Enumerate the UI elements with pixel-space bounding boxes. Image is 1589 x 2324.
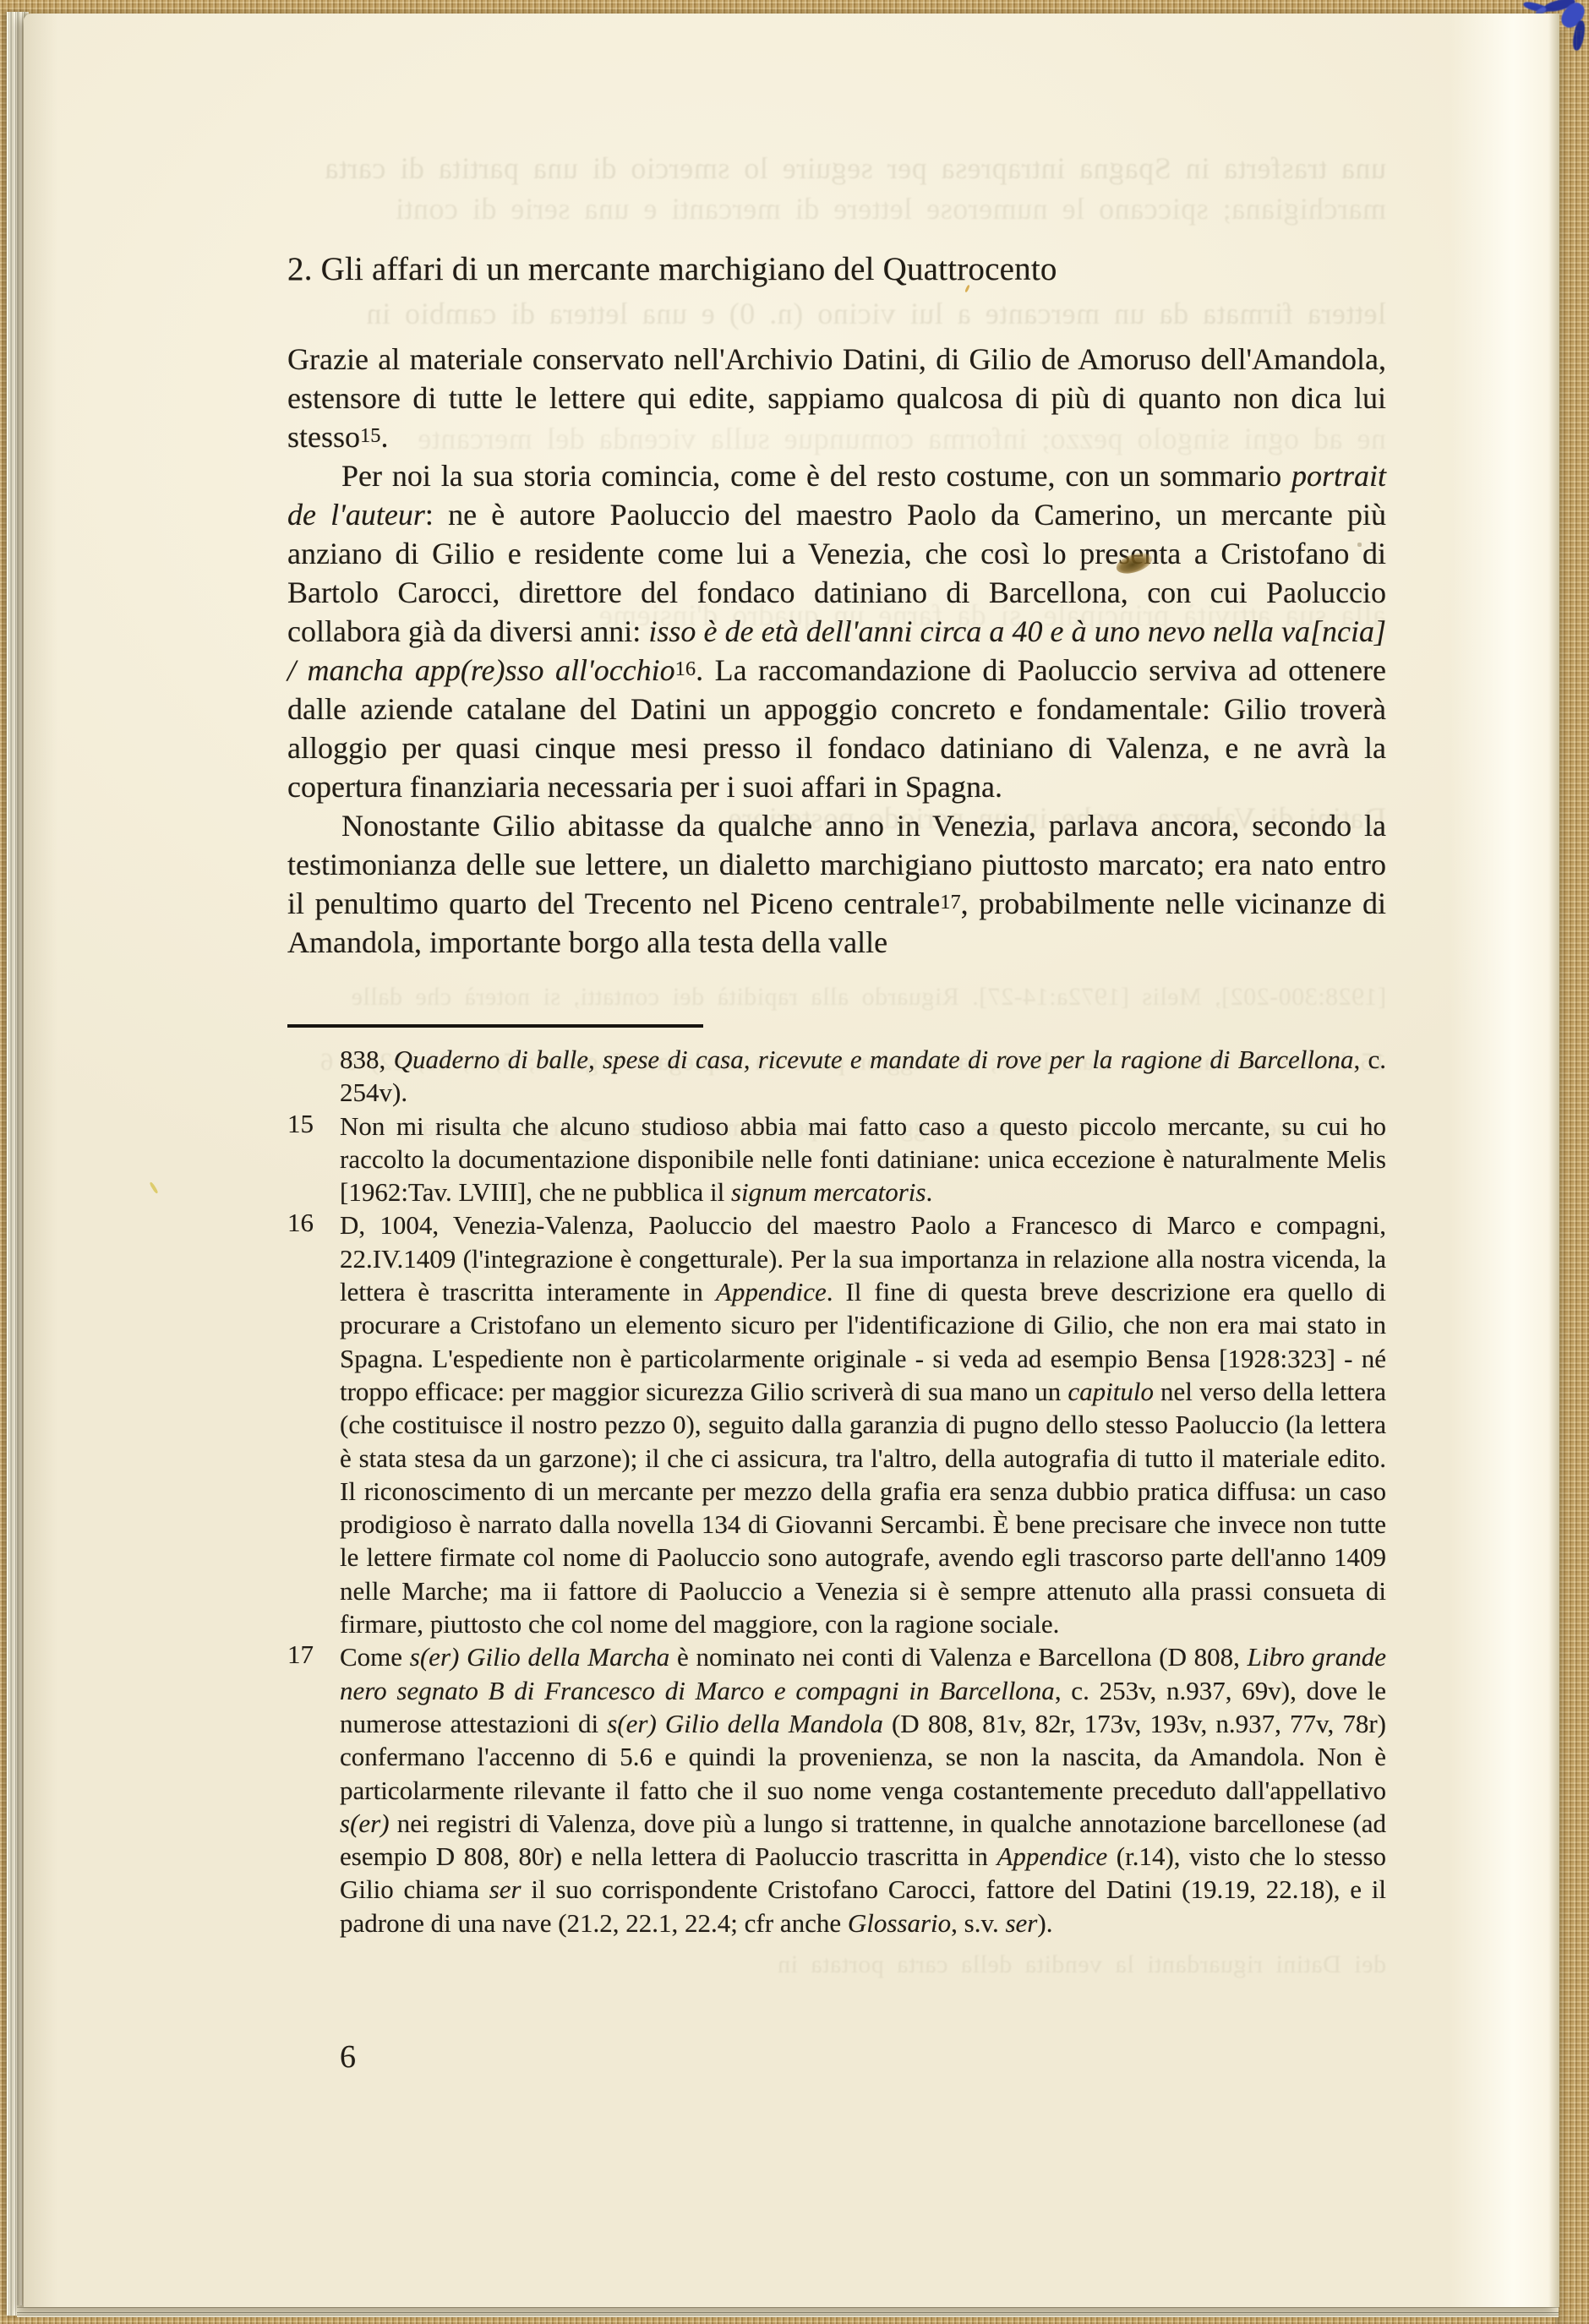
text-run: Per noi la sua storia comincia, come è d… xyxy=(341,459,1291,493)
footnote: 16D, 1004, Venezia-Valenza, Paoluccio de… xyxy=(340,1208,1386,1640)
bleedthrough-line: una trasferta in Spagna intrapresa per s… xyxy=(262,150,1386,186)
footnote-block: 838, Quaderno di balle, spese di casa, r… xyxy=(340,1043,1386,1939)
paper-speck xyxy=(1357,543,1362,547)
section-heading: 2. Gli affari di un mercante marchigiano… xyxy=(287,250,1386,289)
paper-speck xyxy=(149,1181,158,1194)
text-run: 15 xyxy=(360,424,380,447)
text-run: , s.v. xyxy=(951,1908,1005,1938)
book-page: una trasferta in Spagna intrapresa per s… xyxy=(24,14,1559,2307)
text-column: 2. Gli affari di un mercante marchigiano… xyxy=(287,250,1386,962)
text-run: 17 xyxy=(940,891,960,914)
text-run: ser xyxy=(1005,1908,1037,1938)
text-run: è nominato nei conti di Valenza e Barcel… xyxy=(669,1642,1247,1672)
text-run: Quaderno di balle, spese di casa, ricevu… xyxy=(394,1045,1354,1074)
footnote: 17Come s(er) Gilio della Marcha è nomina… xyxy=(340,1640,1386,1939)
page-edge-stack-bottom xyxy=(17,2305,1559,2317)
footnote-number: 15 xyxy=(287,1107,314,1140)
text-run: Grazie al materiale conservato nell'Arch… xyxy=(287,342,1386,454)
text-run: . xyxy=(380,420,388,454)
body-paragraph: Grazie al materiale conservato nell'Arch… xyxy=(287,340,1386,456)
body-paragraph: Nonostante Gilio abitasse da qualche ann… xyxy=(287,806,1386,962)
text-run: signum mercatoris xyxy=(731,1177,926,1207)
bleedthrough-line: dei Datini riguardanti la vendita della … xyxy=(262,1950,1386,1979)
text-run: ). xyxy=(1037,1908,1052,1938)
text-run: s(er) xyxy=(340,1808,390,1838)
footnote-text: Non mi risulta che alcuno studioso abbia… xyxy=(340,1111,1386,1208)
bleedthrough-line: marchigiana; spiccano le numerose letter… xyxy=(262,191,1386,226)
footnote-separator-rule xyxy=(287,1024,703,1028)
footnote-text: Come s(er) Gilio della Marcha è nominato… xyxy=(340,1642,1386,1937)
text-run: 16 xyxy=(675,657,696,680)
footnote-number: 16 xyxy=(287,1206,314,1239)
text-run: . xyxy=(926,1177,932,1207)
underlying-page-edge xyxy=(1555,30,1589,2324)
body-paragraph: Per noi la sua storia comincia, come è d… xyxy=(287,456,1386,806)
text-run: s(er) Gilio della Mandola xyxy=(607,1709,883,1738)
text-run: 838, xyxy=(340,1045,394,1074)
bleedthrough-line: [1928:300-202], Melis [1972a:14-27]. Rig… xyxy=(262,983,1386,1012)
text-run: s(er) Gilio della Marcha xyxy=(410,1642,669,1672)
text-run: Appendice xyxy=(997,1841,1107,1871)
text-run: nel verso della lettera (che costituisce… xyxy=(340,1377,1386,1639)
text-run: capitulo xyxy=(1068,1377,1154,1406)
text-run: Appendice xyxy=(716,1277,827,1307)
page-number: 6 xyxy=(340,2038,356,2076)
text-run: Come xyxy=(340,1642,410,1672)
footnote-continuation: 838, Quaderno di balle, spese di casa, r… xyxy=(340,1043,1386,1110)
book-scan-photo: una trasferta in Spagna intrapresa per s… xyxy=(0,0,1589,2324)
footnote: 15Non mi risulta che alcuno studioso abb… xyxy=(340,1110,1386,1209)
text-run: Glossario xyxy=(848,1908,951,1938)
text-run: ser xyxy=(489,1874,521,1904)
footnote-text: D, 1004, Venezia-Valenza, Paoluccio del … xyxy=(340,1210,1386,1639)
footnote-number: 17 xyxy=(287,1638,314,1671)
